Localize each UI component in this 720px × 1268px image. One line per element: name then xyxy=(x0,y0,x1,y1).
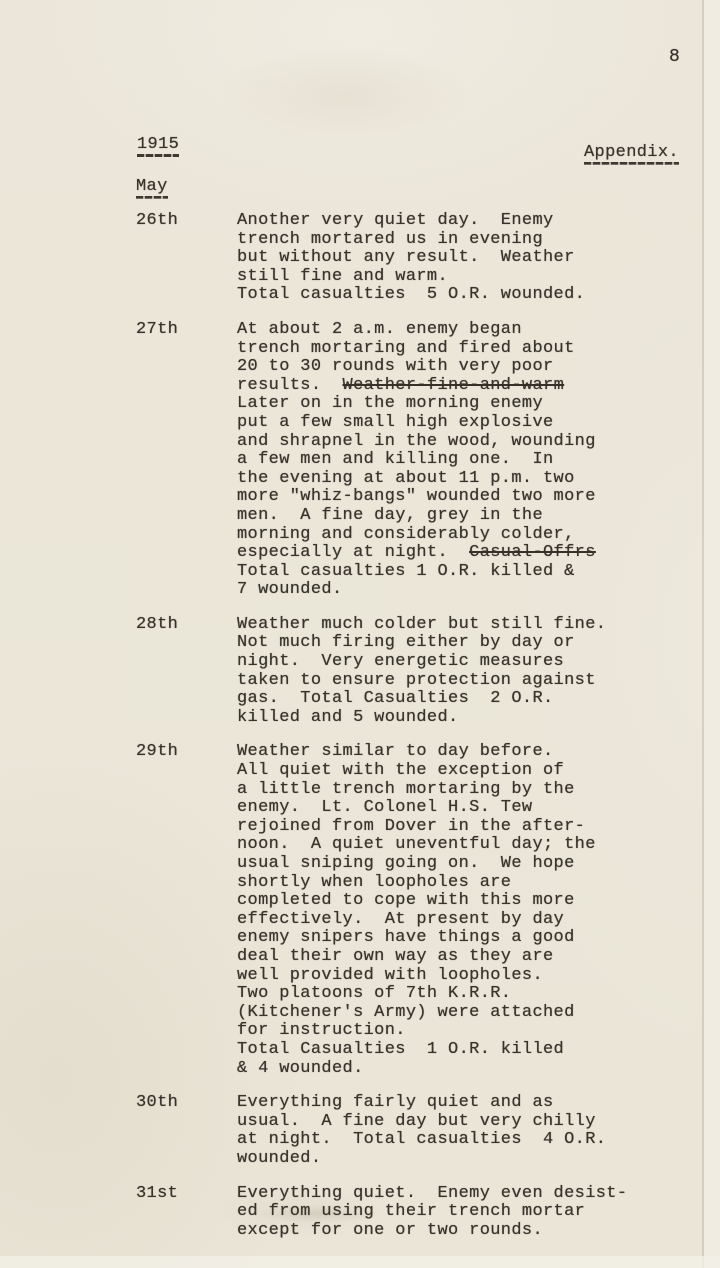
entry-line: usual. A fine day but very chilly xyxy=(237,1113,667,1132)
diary-entry: 28thWeather much colder but still fine.N… xyxy=(0,616,720,728)
entry-line: Total casualties 5 O.R. wounded. xyxy=(237,286,667,305)
entry-line: morning and considerably colder, xyxy=(237,526,667,545)
entry-line: usual sniping going on. We hope xyxy=(237,855,667,874)
entry-body: Everything quiet. Enemy even desist-ed f… xyxy=(237,1185,667,1241)
entry-line: enemy. Lt. Colonel H.S. Tew xyxy=(237,799,667,818)
entry-line: taken to ensure protection against xyxy=(237,672,667,691)
page-number: 8 xyxy=(669,48,680,67)
paper-bottom-edge xyxy=(0,1256,720,1268)
entry-body: Another very quiet day. Enemytrench mort… xyxy=(237,212,667,305)
entry-line: effectively. At present by day xyxy=(237,911,667,930)
diary-entry: 29thWeather similar to day before.All qu… xyxy=(0,743,720,1078)
entry-line: 20 to 30 rounds with very poor xyxy=(237,358,667,377)
entry-line: Total Casualties 1 O.R. killed xyxy=(237,1041,667,1060)
entry-line: 7 wounded. xyxy=(237,581,667,600)
entry-line: killed and 5 wounded. xyxy=(237,709,667,728)
entry-line: completed to cope with this more xyxy=(237,892,667,911)
entry-line: Everything quiet. Enemy even desist- xyxy=(237,1185,667,1204)
entry-line: Later on in the morning enemy xyxy=(237,395,667,414)
entry-line: trench mortared us in evening xyxy=(237,231,667,250)
entry-line: men. A fine day, grey in the xyxy=(237,507,667,526)
entry-body: Weather much colder but still fine.Not m… xyxy=(237,616,667,728)
entry-body: Weather similar to day before.All quiet … xyxy=(237,743,667,1078)
entry-line: Not much firing either by day or xyxy=(237,634,667,653)
entry-line: All quiet with the exception of xyxy=(237,762,667,781)
entry-date: 31st xyxy=(136,1185,178,1204)
entry-line: especially at night. Casual-Offrs xyxy=(237,544,667,563)
entry-line: ed from using their trench mortar xyxy=(237,1203,667,1222)
entry-line: gas. Total Casualties 2 O.R. xyxy=(237,690,667,709)
entry-line: enemy snipers have things a good xyxy=(237,929,667,948)
month-heading: May xyxy=(136,178,168,199)
entry-body: Everything fairly quiet and asusual. A f… xyxy=(237,1094,667,1168)
entry-line: the evening at about 11 p.m. two xyxy=(237,470,667,489)
entry-line: a little trench mortaring by the xyxy=(237,781,667,800)
entry-line: At about 2 a.m. enemy began xyxy=(237,321,667,340)
entry-body: At about 2 a.m. enemy begantrench mortar… xyxy=(237,321,667,600)
entry-line: Weather much colder but still fine. xyxy=(237,616,667,635)
entry-line: noon. A quiet uneventful day; the xyxy=(237,836,667,855)
entry-line: but without any result. Weather xyxy=(237,249,667,268)
diary-entry: 30thEverything fairly quiet and asusual.… xyxy=(0,1094,720,1168)
text-segment: especially at night. xyxy=(237,543,469,562)
entry-line: Two platoons of 7th K.R.R. xyxy=(237,985,667,1004)
entry-line: wounded. xyxy=(237,1150,667,1169)
diary-entry: 31stEverything quiet. Enemy even desist-… xyxy=(0,1185,720,1241)
diary-entry: 26thAnother very quiet day. Enemytrench … xyxy=(0,212,720,305)
appendix-heading: Appendix. xyxy=(584,144,679,165)
year-heading: 1915 xyxy=(137,136,179,157)
entry-line: put a few small high explosive xyxy=(237,414,667,433)
entry-line: still fine and warm. xyxy=(237,268,667,287)
entry-date: 29th xyxy=(136,743,178,762)
entry-line: a few men and killing one. In xyxy=(237,451,667,470)
entry-date: 26th xyxy=(136,212,178,231)
entry-line: night. Very energetic measures xyxy=(237,653,667,672)
entry-line: well provided with loopholes. xyxy=(237,967,667,986)
entry-line: more "whiz-bangs" wounded two more xyxy=(237,488,667,507)
entry-line: Another very quiet day. Enemy xyxy=(237,212,667,231)
entry-line: shortly when loopholes are xyxy=(237,874,667,893)
entry-line: rejoined from Dover in the after- xyxy=(237,818,667,837)
entry-date: 30th xyxy=(136,1094,178,1113)
entry-date: 28th xyxy=(136,616,178,635)
entry-line: for instruction. xyxy=(237,1022,667,1041)
entry-date: 27th xyxy=(136,321,178,340)
diary-entries: 26thAnother very quiet day. Enemytrench … xyxy=(0,212,720,1256)
entry-line: trench mortaring and fired about xyxy=(237,340,667,359)
entry-line: Weather similar to day before. xyxy=(237,743,667,762)
entry-line: (Kitchener's Army) were attached xyxy=(237,1004,667,1023)
entry-line: results. Weather-fine-and-warm xyxy=(237,377,667,396)
entry-line: and shrapnel in the wood, wounding xyxy=(237,433,667,452)
diary-entry: 27thAt about 2 a.m. enemy begantrench mo… xyxy=(0,321,720,600)
struck-text: Weather-fine-and-warm xyxy=(343,376,565,395)
text-segment: results. xyxy=(237,376,343,395)
entry-line: Everything fairly quiet and as xyxy=(237,1094,667,1113)
entry-line: except for one or two rounds. xyxy=(237,1222,667,1241)
entry-line: & 4 wounded. xyxy=(237,1060,667,1079)
entry-line: at night. Total casualties 4 O.R. xyxy=(237,1131,667,1150)
entry-line: Total casualties 1 O.R. killed & xyxy=(237,563,667,582)
struck-text: Casual-Offrs xyxy=(469,543,596,562)
entry-line: deal their own way as they are xyxy=(237,948,667,967)
